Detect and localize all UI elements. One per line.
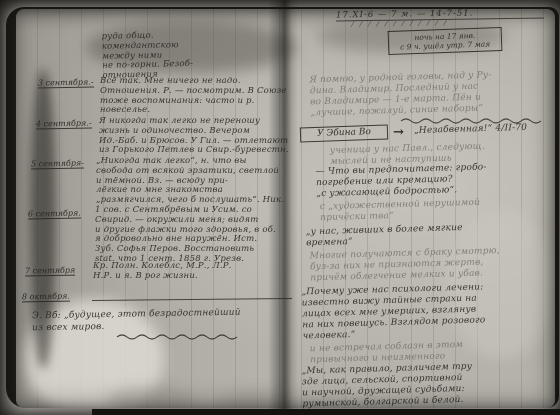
entry-date-4-september: 4 сентября.- (36, 119, 92, 130)
date-box: ночь на 17 янв. с 9 ч. ушёл утр. 7 мая (388, 27, 503, 55)
entry-text-7-september: Кр. Полн. Колеблс, М.Р., Л.Р. Н.Р. и я. … (93, 262, 295, 282)
right-paragraph-1: — Что вы предпочитаете: гробо- погребени… (316, 161, 545, 200)
left-page-top-note: руда общо. комендантскою между ними не п… (102, 29, 273, 82)
wavy-underline (116, 333, 240, 341)
entry-date-6-september: 6 сентября. (28, 209, 81, 220)
entry-text-5-september: „Никогда так легко“, н. что вы свобода о… (96, 157, 298, 206)
entry-text-4-september: Я никогда так легко не переношу жизнь и … (99, 117, 299, 156)
entry-date-3-september: 3 сентября.- (38, 78, 94, 89)
right-faint-paragraph-3: с „художественной нерушимой причёски тва… (320, 196, 546, 224)
right-faint-paragraph-1: Я помню, у родной головы, над у Ру- дина… (309, 69, 550, 120)
ebin-box: У Эбина Во (300, 124, 388, 142)
right-paragraph-4: „Мы, как правило, различаем тру зде лица… (301, 360, 548, 411)
hatch-marks: ⁄ ⁄ ⁄ ⁄ ⁄ ⁄ ⁄ ⁄ ⁄ ⁄ ⁄ ⁄ (352, 19, 448, 28)
right-paragraph-3: „Почему уже нас психологи лечени: извест… (301, 281, 548, 343)
right-faint-paragraph-4: Многие получаются с браку смотрю, буз-за… (310, 245, 549, 285)
left-page-quote: Э. Вб: „будущее, этот безрадостнейший из… (32, 306, 292, 335)
entry-date-8-october: 8 октября. (22, 292, 70, 303)
entry-date-7-september: 7 сентября (25, 266, 75, 277)
diary-photo: руда общо. комендантскою между ними не п… (0, 0, 560, 415)
entry-date-5-september: 5 сентября- (31, 159, 84, 170)
entry-rule-line (92, 298, 292, 301)
entry-text-6-september: 1 сов. с Сентябрёвым и Усим. со Свирид. … (95, 206, 297, 265)
table-edge-shadow (92, 409, 560, 415)
arrow-right-icon: → (393, 125, 404, 140)
handwriting-layer: руда общо. комендантскою между ними не п… (0, 0, 560, 415)
entry-text-3-september: Всё так. Мне ничего не надо. Отношения. … (100, 77, 295, 116)
